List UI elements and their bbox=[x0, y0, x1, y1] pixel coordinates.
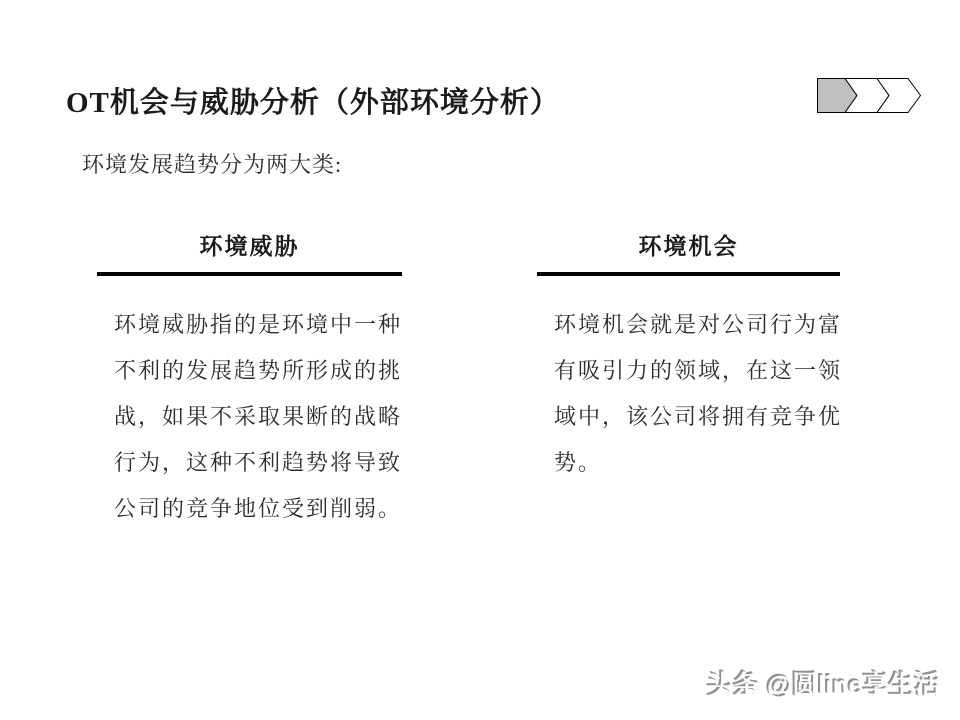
threats-column-header: 环境威胁 bbox=[97, 228, 402, 276]
body-text-line: 战，如果不采取果断的战略 bbox=[114, 394, 406, 440]
chevron-progress-indicator-icon bbox=[817, 78, 921, 113]
presentation-slide: OT机会与威胁分析（外部环境分析） 环境发展趋势分为两大类: 环境威胁 环境威胁… bbox=[0, 0, 960, 720]
body-text-line: 势。 bbox=[554, 440, 846, 486]
page-title: OT机会与威胁分析（外部环境分析） bbox=[66, 80, 560, 121]
threats-column-body: 环境威胁指的是环境中一种不利的发展趋势所形成的挑战，如果不采取果断的战略行为，这… bbox=[114, 302, 406, 532]
body-text-line: 域中，该公司将拥有竞争优 bbox=[554, 394, 846, 440]
watermark: 头条 @圆line享生活 bbox=[708, 665, 941, 702]
opportunities-column-body: 环境机会就是对公司行为富有吸引力的领域，在这一领域中，该公司将拥有竞争优势。 bbox=[554, 302, 846, 486]
body-text-line: 环境威胁指的是环境中一种 bbox=[114, 302, 406, 348]
threats-column: 环境威胁 环境威胁指的是环境中一种不利的发展趋势所形成的挑战，如果不采取果断的战… bbox=[97, 228, 402, 532]
body-text-line: 公司的竞争地位受到削弱。 bbox=[114, 486, 406, 532]
body-text-line: 行为，这种不利趋势将导致 bbox=[114, 440, 406, 486]
body-text-line: 环境机会就是对公司行为富 bbox=[554, 302, 846, 348]
body-text-line: 有吸引力的领域，在这一领 bbox=[554, 348, 846, 394]
body-text-line: 不利的发展趋势所形成的挑 bbox=[114, 348, 406, 394]
opportunities-column-header: 环境机会 bbox=[537, 228, 840, 276]
slide-subtitle: 环境发展趋势分为两大类: bbox=[82, 148, 342, 179]
opportunities-column: 环境机会 环境机会就是对公司行为富有吸引力的领域，在这一领域中，该公司将拥有竞争… bbox=[537, 228, 840, 486]
